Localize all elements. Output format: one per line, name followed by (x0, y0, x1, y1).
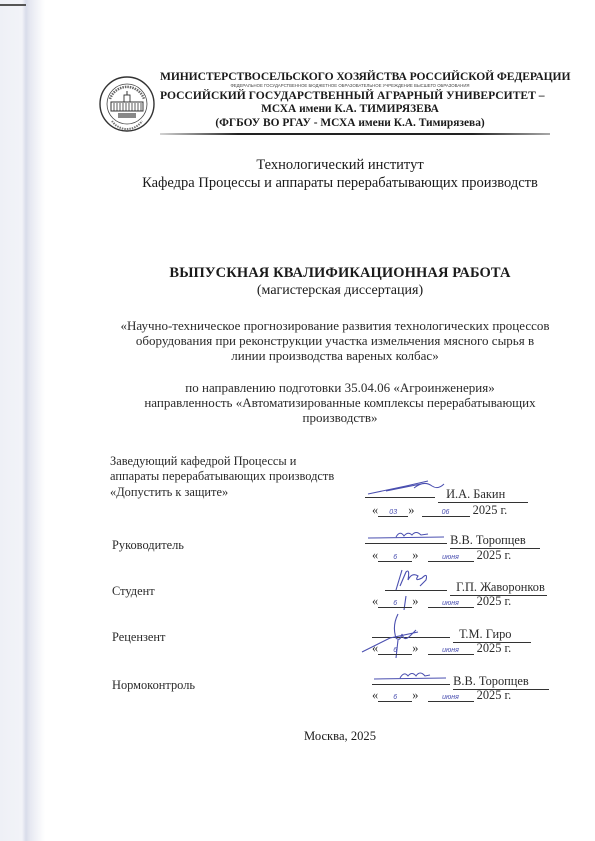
signature-field (365, 531, 447, 544)
scan-top-edge (0, 4, 26, 6)
date-day: 6 (378, 600, 412, 608)
header-divider (160, 133, 550, 135)
signature-field (365, 485, 435, 498)
university-abbreviation: (ФГБОУ ВО РГАУ - МСХА имени К.А. Тимиряз… (160, 117, 540, 129)
date-day: 6 (378, 554, 412, 562)
thesis-topic: «Научно-техническое прогнозирование разв… (100, 318, 570, 364)
date-line-norm-control: «6» июня 2025 г. (372, 688, 511, 703)
approval-line: Заведующий кафедрой Процессы и (110, 454, 334, 469)
approval-line: аппараты перерабатывающих производств (110, 469, 334, 484)
date-line-student: «6» июня 2025 г. (372, 594, 511, 609)
university-name: РОССИЙСКИЙ ГОСУДАРСТВЕННЫЙ АГРАРНЫЙ УНИВ… (160, 89, 540, 102)
direction-line: производств» (110, 410, 570, 425)
role-supervisor: Руководитель (112, 538, 184, 553)
department-name: Кафедра Процессы и аппараты перерабатыва… (120, 175, 560, 192)
direction-line: по направлению подготовки 35.04.06 «Агро… (110, 380, 570, 395)
date-year: 2025 г. (473, 503, 508, 517)
signature-field (385, 578, 447, 591)
topic-line: «Научно-техническое прогнозирование разв… (100, 318, 570, 333)
institute-name: Технологический институт (120, 157, 560, 174)
date-day: 03 (378, 509, 408, 517)
date-year: 2025 г. (477, 594, 512, 608)
topic-line: линии производства вареных колбас» (100, 348, 570, 363)
date-month: июня (428, 694, 474, 702)
date-day: 6 (378, 647, 412, 655)
city-year: Москва, 2025 (120, 729, 560, 744)
role-reviewer: Рецензент (112, 630, 165, 645)
document-subtitle: (магистерская диссертация) (120, 283, 560, 299)
date-month: июня (428, 554, 474, 562)
date-line-supervisor: «6» июня 2025 г. (372, 548, 511, 563)
signature-line-head: И.А. Бакин (365, 485, 528, 503)
date-year: 2025 г. (477, 688, 512, 702)
signature-field (372, 625, 450, 638)
date-day: 6 (378, 694, 412, 702)
date-line-reviewer: «6» июня 2025 г. (372, 641, 511, 656)
signature-line-supervisor: В.В. Торопцев (365, 531, 540, 549)
date-year: 2025 г. (477, 641, 512, 655)
role-student: Студент (112, 584, 155, 599)
signature-field (372, 672, 450, 685)
date-month: июня (428, 600, 474, 608)
approval-line: «Допустить к защите» (110, 485, 334, 500)
document-title: ВЫПУСКНАЯ КВАЛИФИКАЦИОННАЯ РАБОТА (120, 265, 560, 282)
scan-edge-shadow (0, 0, 45, 841)
university-seal-icon (98, 75, 156, 133)
signatory-name: В.В. Торопцев (450, 533, 540, 549)
role-norm-control: Нормоконтроль (112, 678, 195, 693)
signatory-name: И.А. Бакин (438, 487, 528, 503)
date-line-head: «03» 06 2025 г. (372, 503, 507, 518)
university-named-after: МСХА имени К.А. ТИМИРЯЗЕВА (160, 103, 540, 115)
institution-type: ФЕДЕРАЛЬНОЕ ГОСУДАРСТВЕННОЕ БЮДЖЕТНОЕ ОБ… (160, 83, 540, 88)
direction-line: направленность «Автоматизированные компл… (110, 395, 570, 410)
ministry-name: МИНИСТЕРСТВОСЕЛЬСКОГО ХОЗЯЙСТВА РОССИЙСК… (160, 70, 540, 83)
date-year: 2025 г. (477, 548, 512, 562)
date-month: 06 (422, 509, 470, 517)
study-direction: по направлению подготовки 35.04.06 «Агро… (110, 380, 570, 426)
date-month: июня (428, 647, 474, 655)
topic-line: оборудования при реконструкции участка и… (100, 333, 570, 348)
approval-block: Заведующий кафедрой Процессы и аппараты … (110, 454, 334, 500)
